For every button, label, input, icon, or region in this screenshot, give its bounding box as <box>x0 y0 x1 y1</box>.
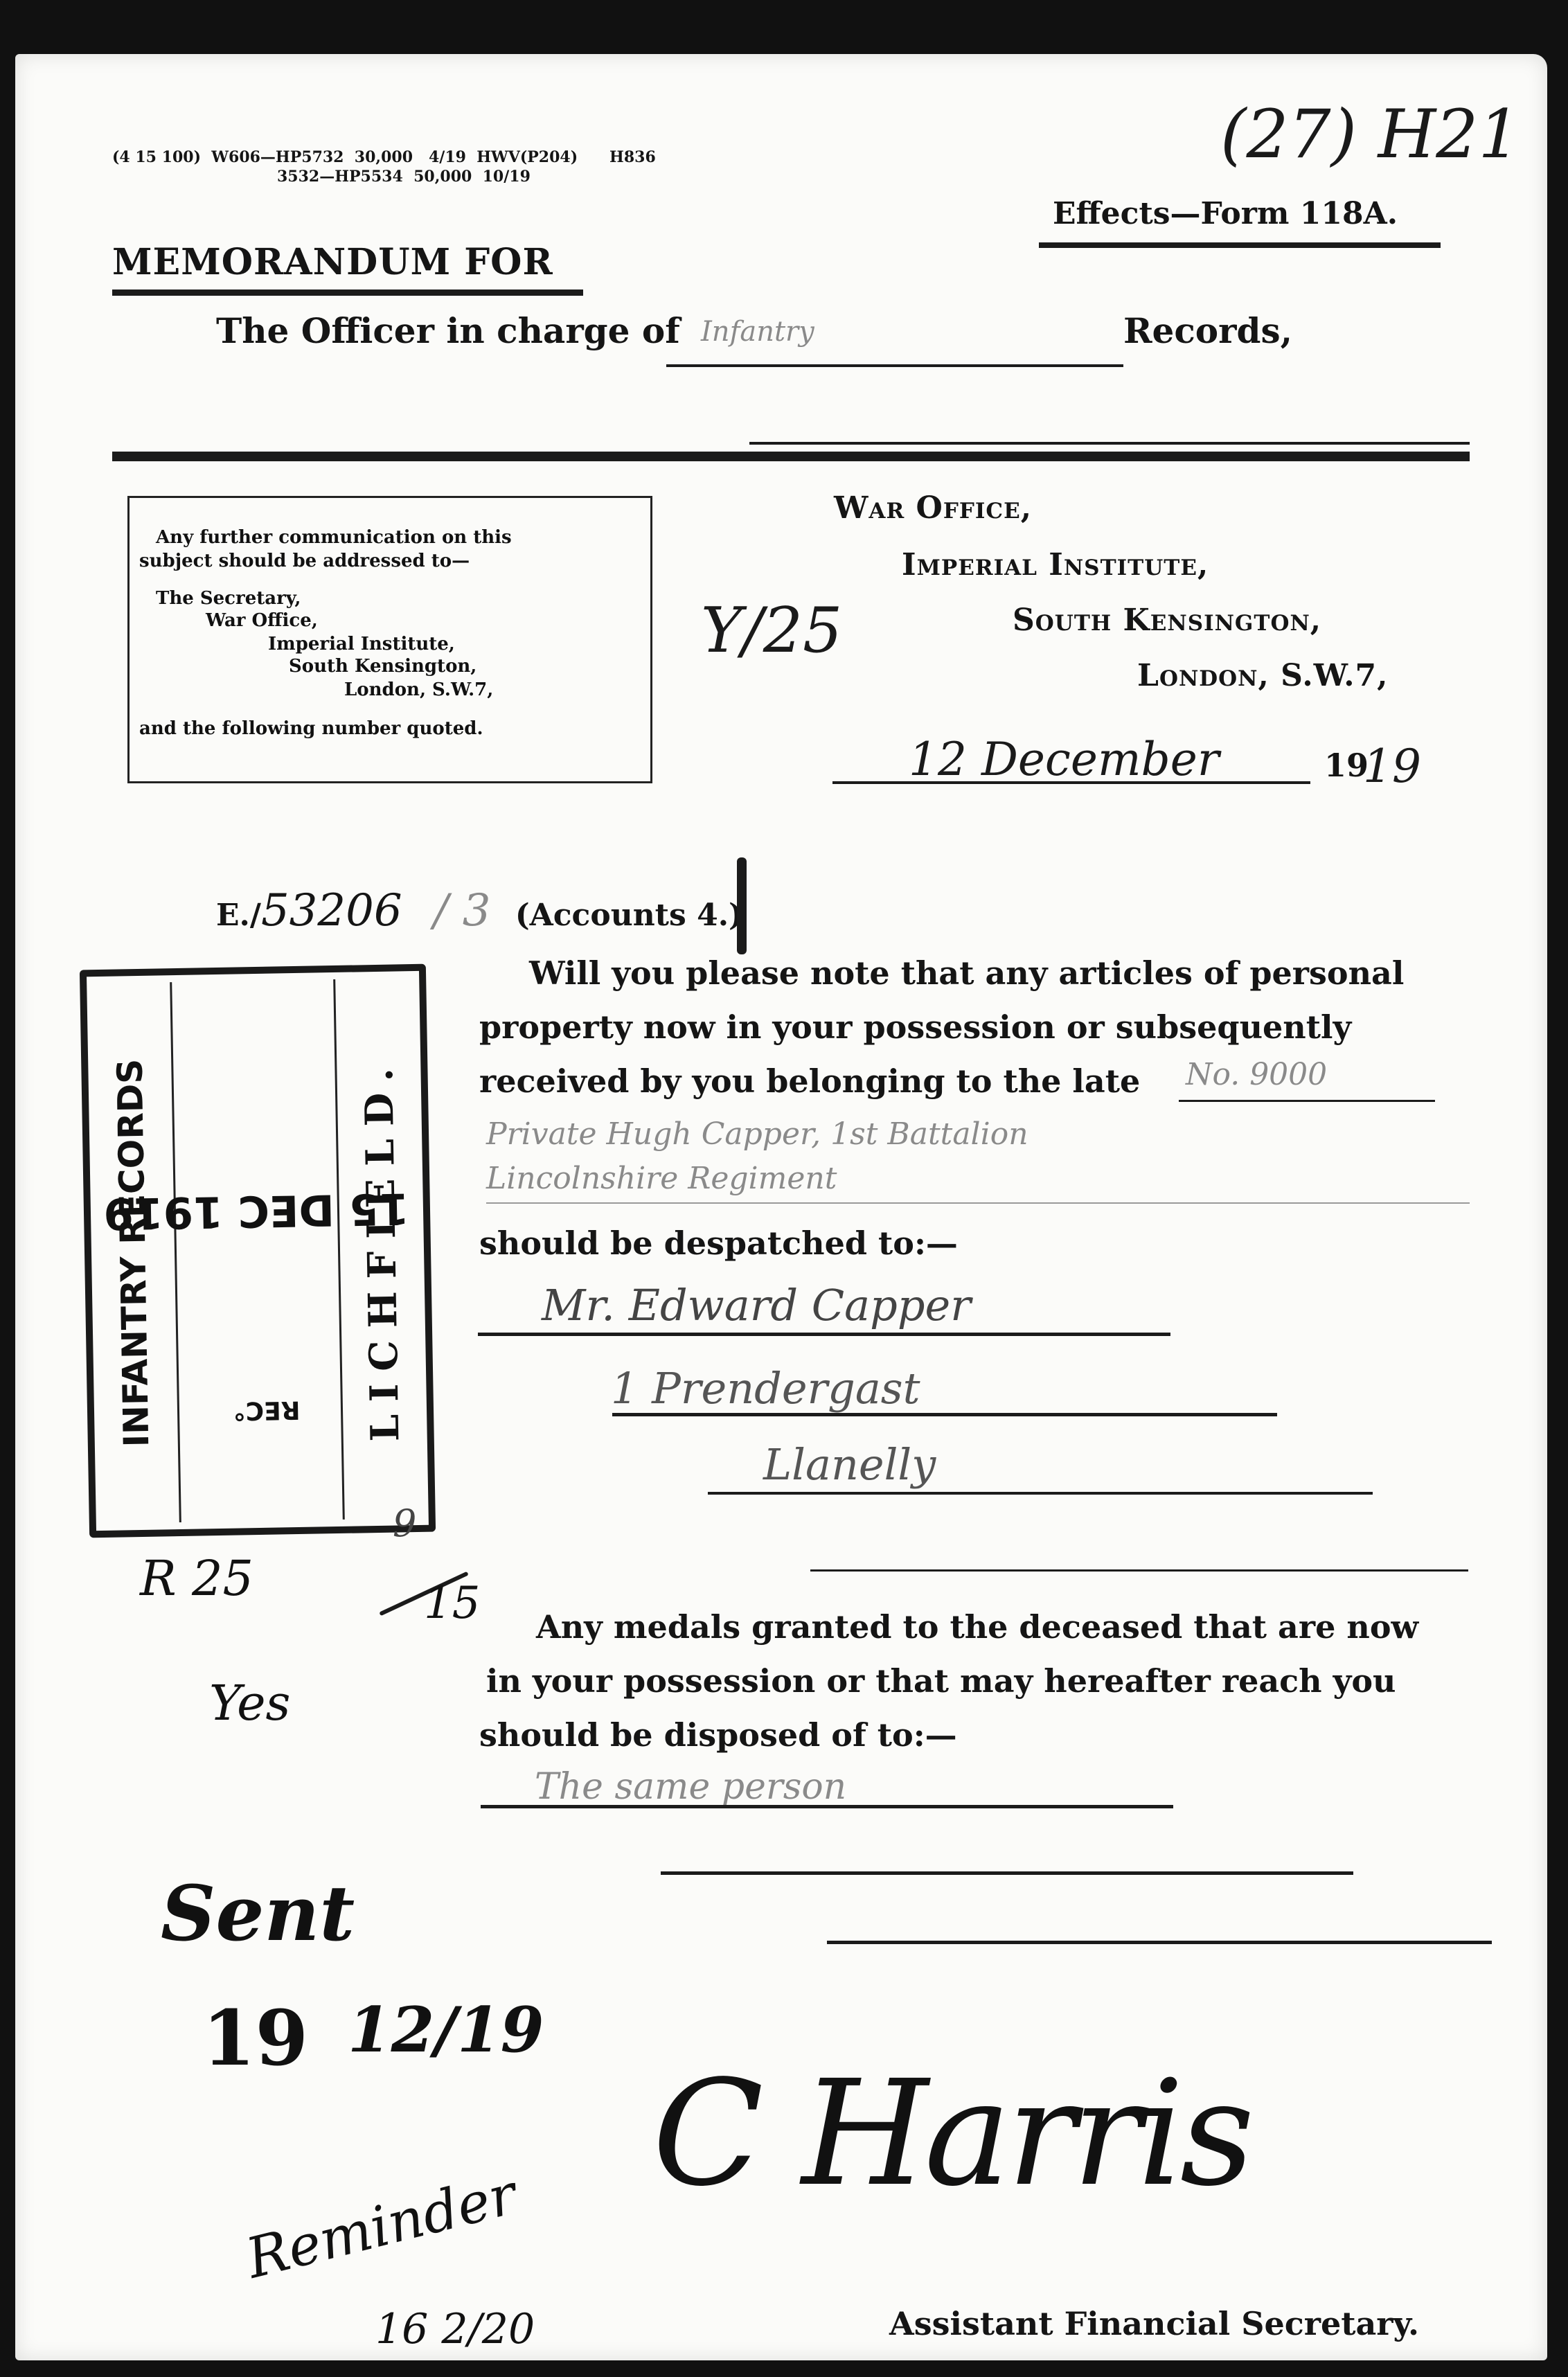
notice-line: London, S.W.7, <box>344 678 493 702</box>
header-rule-thick <box>112 452 1470 461</box>
notice-line: subject should be addressed to— <box>139 549 470 573</box>
recipient-line-1: Mr. Edward Capper <box>542 1280 971 1330</box>
notice-box: Any further communication on this subjec… <box>127 496 652 783</box>
stamp-left-column: INFANTRY RECORDS <box>87 975 179 1531</box>
margin-note-r25: R 25 <box>140 1550 253 1607</box>
margin-note-reminder-date: 16 2/20 <box>375 2305 535 2353</box>
date-year-hand: 19 <box>1363 740 1421 793</box>
address-line-2: Imperial Institute, <box>902 547 1209 582</box>
notice-line: The Secretary, <box>156 587 301 610</box>
medals-fill-line-1 <box>481 1805 1173 1808</box>
notice-line: Imperial Institute, <box>268 632 455 656</box>
medals-recipient: The same person <box>535 1766 846 1808</box>
signatory-title: Assistant Financial Secretary. <box>889 2305 1419 2342</box>
deceased-line-3: Lincolnshire Regiment <box>486 1161 837 1196</box>
officer-prefix: The Officer in charge of <box>216 310 680 351</box>
memo-title: MEMORANDUM FOR <box>112 241 553 283</box>
stamp-rec-prefix: REC° <box>233 1395 300 1425</box>
recipient-fill-line-4 <box>810 1569 1468 1572</box>
print-codes: (4 15 100) W606—HP5732 30,000 4/19 HWV(P… <box>112 148 656 186</box>
para1-line1: Will you please note that any articles o… <box>529 954 1404 992</box>
para1-line3: received by you belonging to the late <box>479 1062 1140 1100</box>
reference-suffix: / 3 <box>434 885 491 936</box>
deceased-fill-line-3 <box>486 1202 1470 1204</box>
notice-line: War Office, <box>206 609 318 632</box>
para2-line3: should be disposed of to:— <box>479 1716 957 1754</box>
address-line-1: War Office, <box>834 490 1032 526</box>
document-sheet: (4 15 100) W606—HP5732 30,000 4/19 HWV(P… <box>15 54 1547 2360</box>
print-code-line-2: 3532—HP5534 50,000 10/19 <box>112 167 656 186</box>
margin-note-sent: Sent <box>161 1869 355 1958</box>
deceased-number: No. 9000 <box>1186 1057 1327 1092</box>
para2-line1: Any medals granted to the deceased that … <box>536 1608 1418 1646</box>
ink-blot <box>737 857 747 954</box>
recipient-fill-line-1 <box>478 1333 1170 1336</box>
stamp-lichfield: LICHFIELD. <box>356 1056 409 1442</box>
para2-line2: in your possession or that may hereafter… <box>486 1662 1396 1700</box>
handwritten-mark: Y/25 <box>701 594 842 667</box>
address-line-4: London, S.W.7, <box>1137 658 1388 693</box>
para1-line2: property now in your possession or subse… <box>479 1008 1351 1046</box>
stamp-right-column: LICHFIELD. <box>336 971 429 1526</box>
reference-handwritten-number: 53206 <box>261 885 402 936</box>
date-year-print: 19 <box>1324 747 1369 784</box>
records-label: Records, <box>1123 310 1292 351</box>
signature: C Harris <box>652 2049 1250 2218</box>
form-reference: Effects—Form 118A. <box>1053 196 1398 231</box>
deceased-fill-line-1 <box>1179 1100 1435 1102</box>
received-stamp: INFANTRY RECORDS REC°15 DEC 1919 LICHFIE… <box>80 964 436 1538</box>
header-rule-thin <box>749 442 1470 445</box>
address-line-3: South Kensington, <box>1013 603 1321 638</box>
margin-note-yes: Yes <box>209 1675 290 1731</box>
margin-note-day: 19 <box>202 1993 308 2083</box>
notice-line: Any further communication on this <box>156 526 512 549</box>
print-code-line-1: (4 15 100) W606—HP5732 30,000 4/19 HWV(P… <box>112 148 656 167</box>
date-fill-line <box>832 781 1310 784</box>
recipient-line-3: Llanelly <box>763 1439 936 1490</box>
reference-department: (Accounts 4.) <box>515 898 743 933</box>
recipient-fill-line-3 <box>708 1492 1373 1495</box>
officer-fill-line <box>666 364 1123 367</box>
form-ref-underline <box>1039 242 1441 248</box>
memo-title-underline <box>112 290 583 296</box>
officer-value: Infantry <box>701 316 814 348</box>
margin-note-r25-sup: 9 <box>393 1502 416 1545</box>
stamp-center-column: REC°15 DEC 1919 <box>172 972 341 1529</box>
recipient-fill-line-2 <box>612 1413 1277 1416</box>
medals-fill-line-2 <box>661 1871 1353 1875</box>
margin-note-fraction: 12/19 <box>348 1993 544 2067</box>
reference-number: E./53206 / 3 (Accounts 4.) <box>216 885 743 936</box>
date-day-month: 12 December <box>909 733 1219 786</box>
despatch-label: should be despatched to:— <box>479 1225 958 1262</box>
margin-note-15: 15 <box>424 1578 480 1629</box>
deceased-line-2: Private Hugh Capper, 1st Battalion <box>486 1116 1028 1152</box>
notice-line: and the following number quoted. <box>139 717 483 740</box>
stamp-infantry-records: INFANTRY RECORDS <box>109 1058 157 1448</box>
archive-reference: (27) H21 <box>1220 96 1520 173</box>
reference-prefix: E./ <box>216 898 261 933</box>
recipient-line-2: 1 Prendergast <box>611 1363 920 1414</box>
medals-fill-line-3 <box>827 1941 1492 1944</box>
margin-note-reminder: Reminder <box>240 2162 523 2290</box>
notice-line: South Kensington, <box>289 655 476 678</box>
